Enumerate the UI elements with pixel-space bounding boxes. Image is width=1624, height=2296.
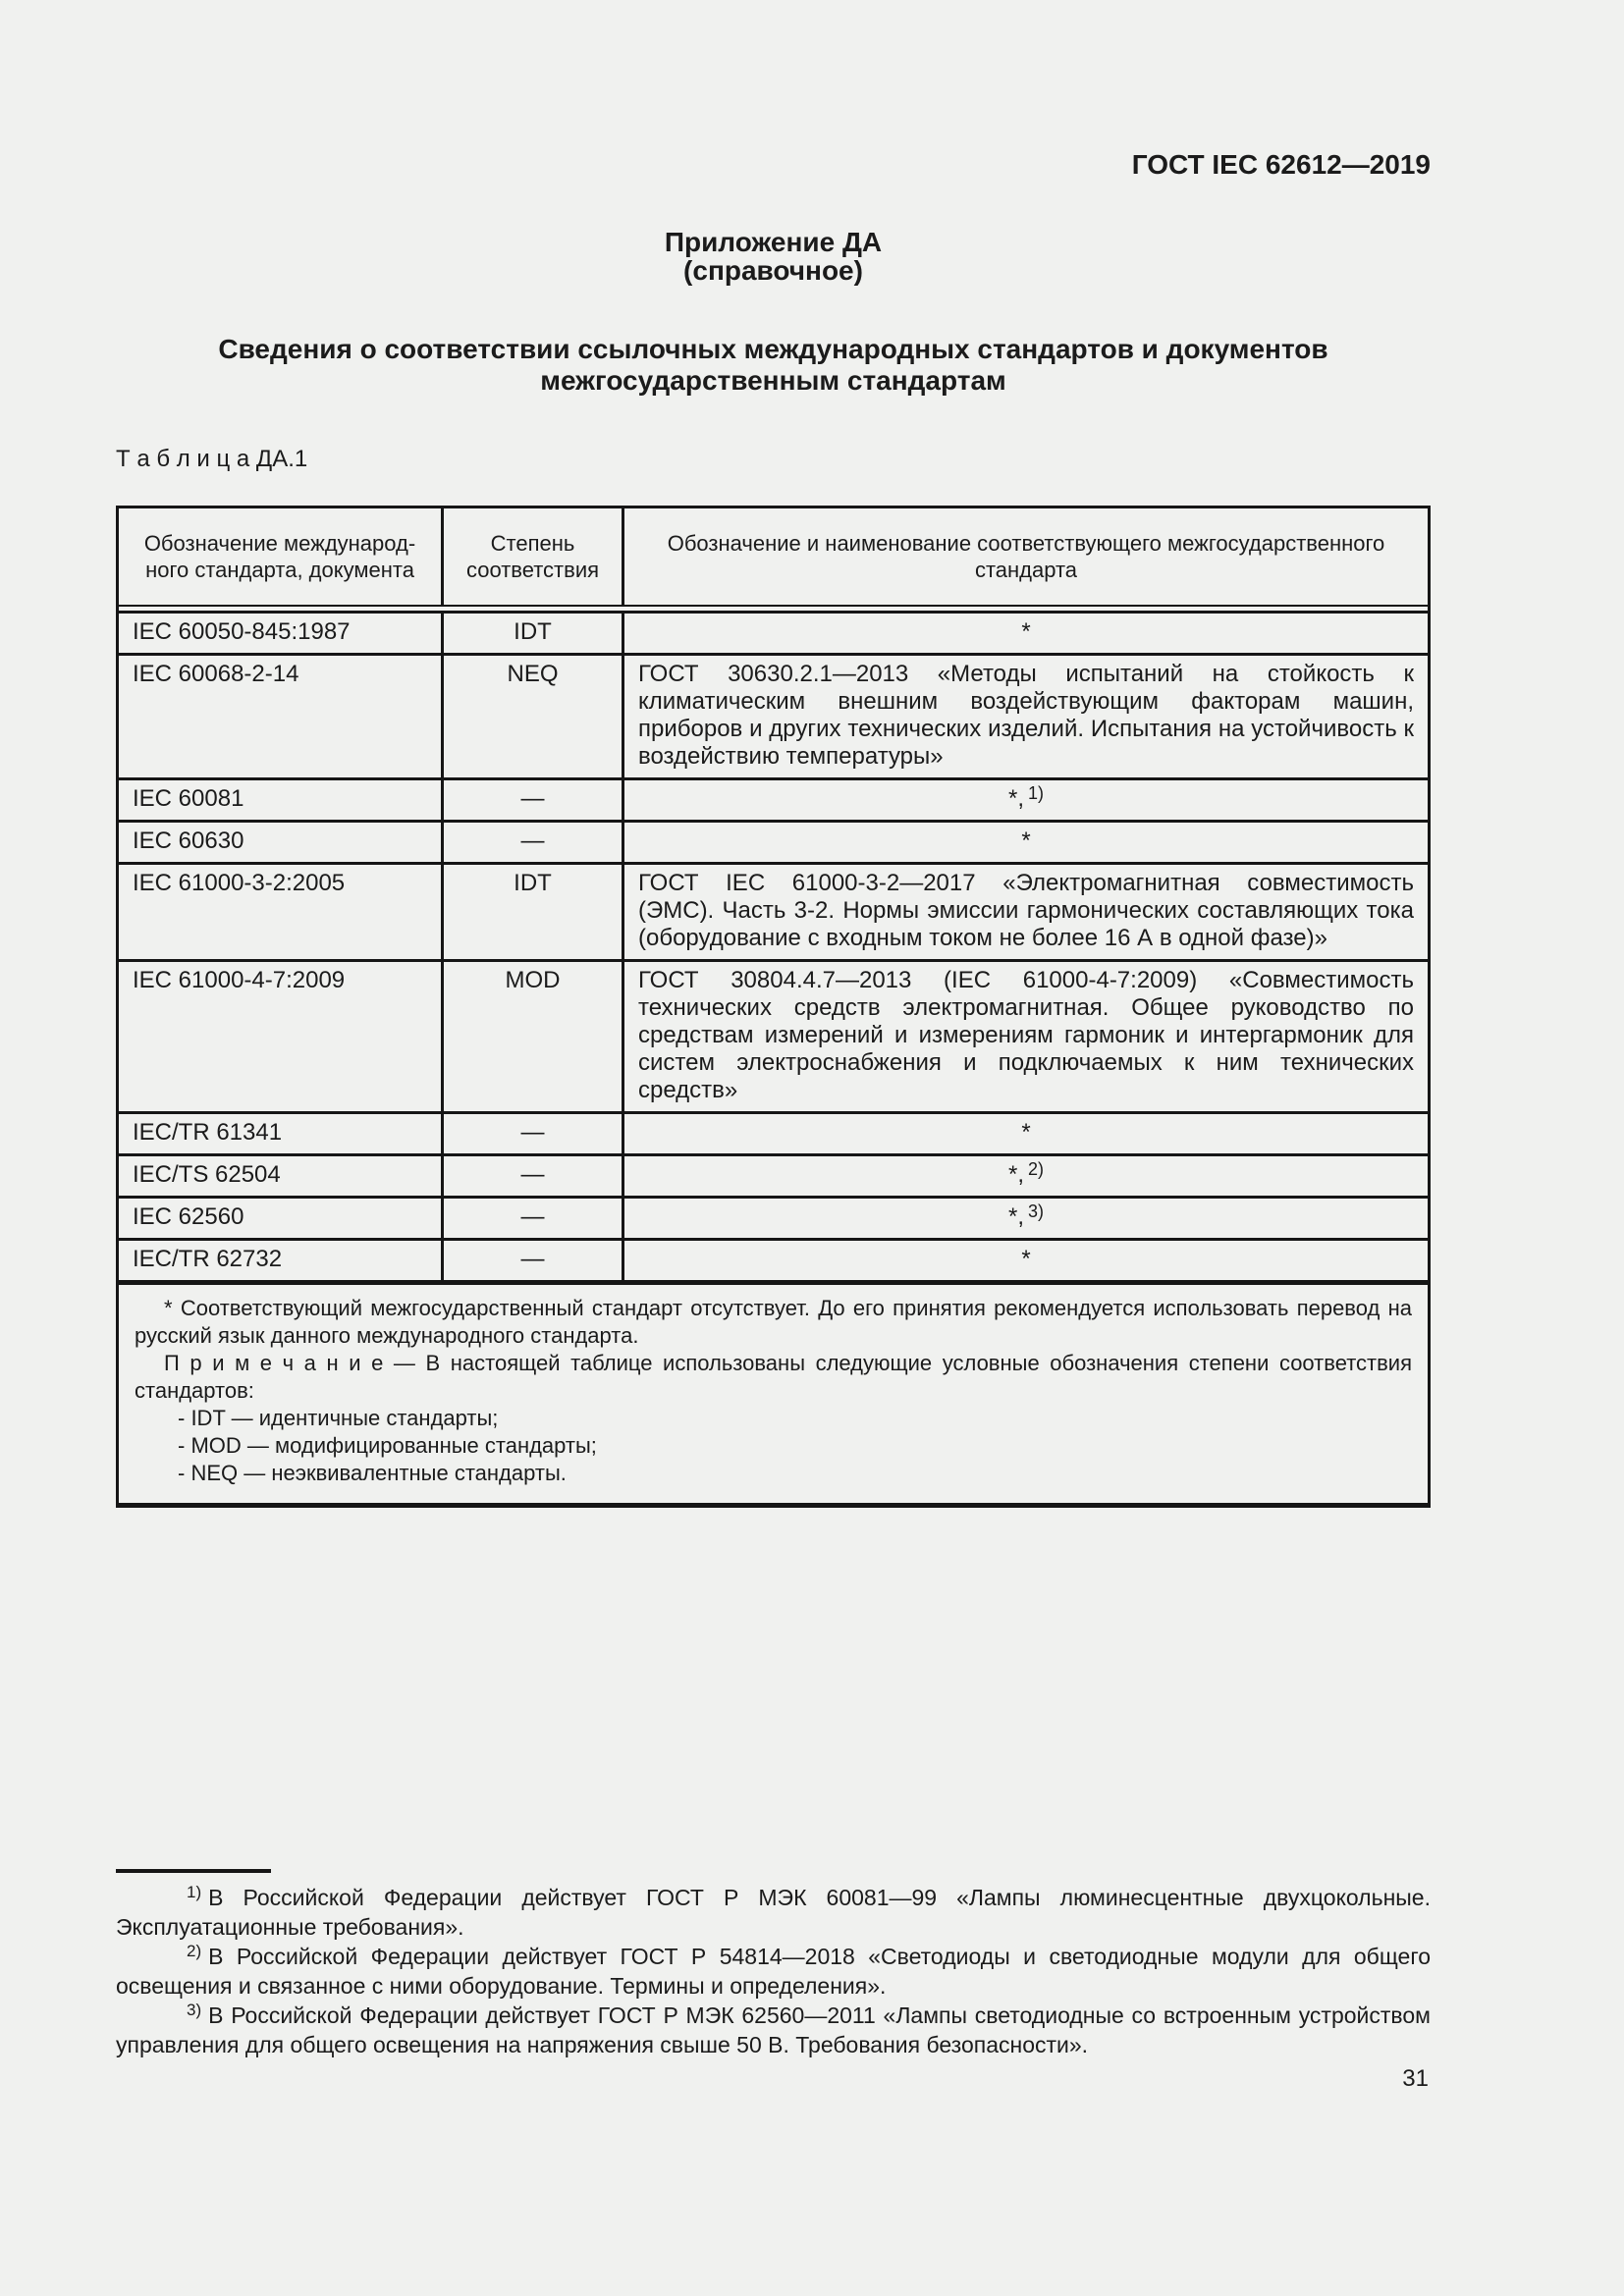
correspondence-table: Обозначение международ- ного стандарта, … (116, 506, 1431, 1508)
cell-degree: NEQ (443, 655, 623, 779)
table-label: Т а б л и ц а ДА.1 (116, 446, 1431, 473)
appendix-title: Приложение ДА (116, 228, 1431, 256)
cell-match: * (623, 1113, 1430, 1155)
footnote: 3)В Российской Федерации действует ГОСТ … (116, 2001, 1431, 2059)
footnote: 2)В Российской Федерации действует ГОСТ … (116, 1942, 1431, 2001)
cell-standard: IEC 61000-3-2:2005 (118, 864, 443, 961)
table-row: IEC/TS 62504 — *,2) (118, 1155, 1430, 1198)
cell-degree: — (443, 822, 623, 864)
footnote-ref: 1) (1028, 783, 1044, 803)
appendix-subtitle: (справочное) (116, 256, 1431, 285)
table-row: IEC 62560 — *,3) (118, 1198, 1430, 1240)
cell-match: ГОСТ 30804.4.7—2013 (IEC 61000-4-7:2009)… (623, 961, 1430, 1113)
table-row: IEC 60630 — * (118, 822, 1430, 864)
table-row: IEC 60068-2-14 NEQ ГОСТ 30630.2.1—2013 «… (118, 655, 1430, 779)
cell-standard: IEC 62560 (118, 1198, 443, 1240)
document-page: ГОСТ IEC 62612—2019 Приложение ДА (справ… (0, 0, 1624, 2296)
cell-degree: MOD (443, 961, 623, 1113)
appendix-heading: Приложение ДА (справочное) (116, 228, 1431, 285)
table-row: IEC/TR 61341 — * (118, 1113, 1430, 1155)
table-row: IEC 60050-845:1987 IDT * (118, 613, 1430, 655)
match-text: *, (1008, 1203, 1024, 1230)
match-text: *, (1008, 1161, 1024, 1188)
doc-code: ГОСТ IEC 62612—2019 (116, 0, 1431, 179)
cell-match: *,3) (623, 1198, 1430, 1240)
match-text: * (1021, 828, 1030, 854)
note-item: - NEQ — неэквивалентные стандарты. (178, 1460, 1412, 1487)
table-footnote-star: * Соответствующий межгосударственный ста… (135, 1295, 1412, 1350)
cell-standard: IEC 61000-4-7:2009 (118, 961, 443, 1113)
match-text: ГОСТ IEC 61000-3-2—2017 «Электромагнитна… (638, 870, 1414, 951)
cell-standard: IEC 60068-2-14 (118, 655, 443, 779)
footnote-marker: 3) (187, 2001, 201, 2019)
footnote-text: В Российской Федерации действует ГОСТ Р … (116, 1944, 1431, 1999)
table-footer-row: * Соответствующий межгосударственный ста… (118, 1283, 1430, 1506)
table-header-row: Обозначение международ- ного стандарта, … (118, 507, 1430, 607)
footnote-ref: 2) (1028, 1159, 1044, 1179)
match-text: * (1021, 618, 1030, 645)
cell-standard: IEC/TR 62732 (118, 1240, 443, 1283)
match-text: *, (1008, 785, 1024, 812)
table-row: IEC 60081 — *,1) (118, 779, 1430, 822)
table-row: IEC 61000-3-2:2005 IDT ГОСТ IEC 61000-3-… (118, 864, 1430, 961)
match-text: * (1021, 1119, 1030, 1146)
column-header-standard: Обозначение международ- ного стандарта, … (118, 507, 443, 607)
cell-match: * (623, 613, 1430, 655)
footnote: 1)В Российской Федерации действует ГОСТ … (116, 1883, 1431, 1942)
note-item: - IDT — идентичные стандарты; (178, 1405, 1412, 1432)
footnote-marker: 2) (187, 1942, 201, 1960)
cell-degree: — (443, 1198, 623, 1240)
match-text: ГОСТ 30804.4.7—2013 (IEC 61000-4-7:2009)… (638, 967, 1414, 1103)
cell-match: ГОСТ 30630.2.1—2013 «Методы испытаний на… (623, 655, 1430, 779)
cell-standard: IEC 60081 (118, 779, 443, 822)
note-item: - MOD — модифицированные стандарты; (178, 1432, 1412, 1460)
footnotes-section: 1)В Российской Федерации действует ГОСТ … (116, 1869, 1431, 2059)
cell-match: *,2) (623, 1155, 1430, 1198)
table-note: П р и м е ч а н и е — В настоящей таблиц… (135, 1350, 1412, 1405)
page-content: ГОСТ IEC 62612—2019 Приложение ДА (справ… (116, 0, 1431, 1508)
cell-degree: — (443, 1113, 623, 1155)
footnote-marker: 1) (187, 1883, 201, 1901)
footnote-text: В Российской Федерации действует ГОСТ Р … (116, 2002, 1431, 2057)
table-row: IEC/TR 62732 — * (118, 1240, 1430, 1283)
page-number: 31 (1402, 2065, 1429, 2093)
footnote-ref: 3) (1028, 1201, 1044, 1221)
cell-match: *,1) (623, 779, 1430, 822)
cell-standard: IEC/TR 61341 (118, 1113, 443, 1155)
cell-match: * (623, 822, 1430, 864)
table-footer-cell: * Соответствующий межгосударственный ста… (118, 1283, 1430, 1506)
match-text: * (1021, 1246, 1030, 1272)
cell-match: * (623, 1240, 1430, 1283)
cell-match: ГОСТ IEC 61000-3-2—2017 «Электромагнитна… (623, 864, 1430, 961)
footnote-text: В Российской Федерации действует ГОСТ Р … (116, 1885, 1431, 1940)
column-header-degree: Степень соответствия (443, 507, 623, 607)
footnote-divider (116, 1869, 271, 1873)
cell-standard: IEC/TS 62504 (118, 1155, 443, 1198)
cell-standard: IEC 60050-845:1987 (118, 613, 443, 655)
table-row: IEC 61000-4-7:2009 MOD ГОСТ 30804.4.7—20… (118, 961, 1430, 1113)
match-text: ГОСТ 30630.2.1—2013 «Методы испытаний на… (638, 661, 1414, 770)
cell-degree: IDT (443, 864, 623, 961)
cell-standard: IEC 60630 (118, 822, 443, 864)
section-title: Сведения о соответствии ссылочных междун… (116, 334, 1431, 397)
cell-degree: IDT (443, 613, 623, 655)
cell-degree: — (443, 779, 623, 822)
cell-degree: — (443, 1155, 623, 1198)
column-header-match: Обозначение и наименование соответствующ… (623, 507, 1430, 607)
cell-degree: — (443, 1240, 623, 1283)
